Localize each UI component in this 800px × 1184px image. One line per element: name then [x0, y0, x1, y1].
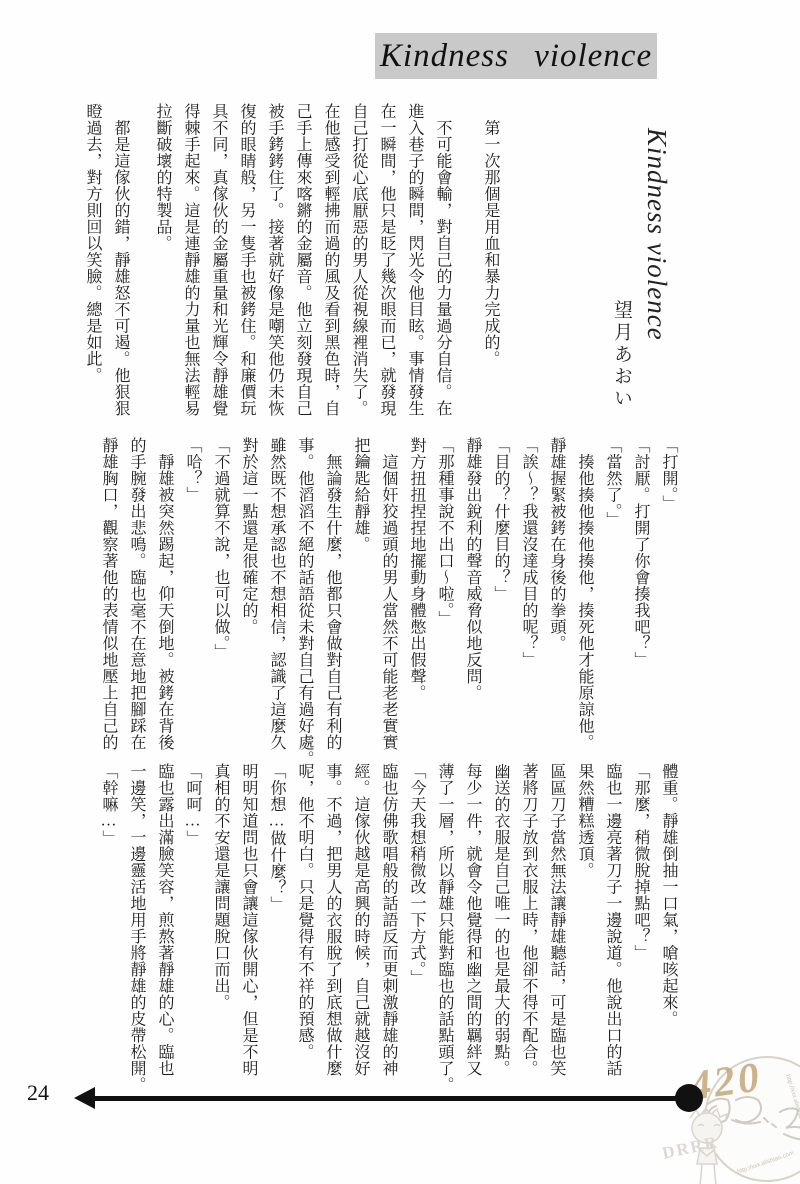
text-column: 「誒～？我還沒達成目的呢？」 — [514, 437, 542, 775]
text-column: 「那麼，稍微脫掉點吧？」 — [626, 763, 654, 1101]
text-column: 把鑰匙給靜雄。 — [346, 437, 374, 775]
text-column: 被手銬銬住了。接著就好像是嘲笑他仍未恢 — [260, 103, 288, 441]
footer-divider-line — [92, 1096, 678, 1101]
text-column: 進入巷子的瞬間，閃光令他目眩。事情發生 — [400, 103, 428, 441]
text-column: 事。他滔滔不絕的話語從未對自己有過好處。 — [290, 437, 318, 775]
text-column: 薄了一層，所以靜雄只能對臨也的話點頭了。 — [430, 763, 458, 1101]
text-column: 幽送的衣服是自己唯一的也是最大的弱點。 — [486, 763, 514, 1101]
text-column: 「目的？什麼目的？」 — [486, 437, 514, 775]
watermark-stamp: 420 DRRR http://xxx.alishtao.com http://… — [704, 1056, 800, 1180]
text-column: 「那種事說不出口～啦。」 — [430, 437, 458, 775]
text-column: 事。不過，把男人的衣服脫了到底想做什麼 — [318, 763, 346, 1101]
text-column: 果然糟糕透頂。 — [570, 763, 598, 1101]
text-column: 明明知道問也只會讓這傢伙開心，但是不明 — [234, 763, 262, 1101]
text-column: 在一瞬間，他只是眨了幾次眼而已，就發現 — [372, 103, 400, 441]
text-column: 在他感受到輕拂而過的風及看到黑色時，自 — [316, 103, 344, 441]
text-column: 拉斷破壞的特製品。 — [148, 103, 176, 441]
text-column: 靜雄發出銳利的聲音威脅似地反問。 — [458, 437, 486, 775]
text-column: 「呵呵…」 — [178, 763, 206, 1101]
text-column: 臨也一邊亮著刀子一邊說道。他說出口的話 — [598, 763, 626, 1101]
story-band-3: 體重。靜雄倒抽一口氣，嗆咳起來。「那麼，稍微脫掉點吧？」臨也一邊亮著刀子一邊說道… — [94, 763, 682, 1101]
text-column: 第一次那個是用血和暴力完成的。 — [476, 103, 504, 441]
text-column: 都是這傢伙的錯，靜雄怒不可遏。他狠狠 — [106, 103, 134, 441]
text-column: 臨也露出滿臉笑容，煎熬著靜雄的心。臨也 — [150, 763, 178, 1101]
text-column: 一邊笑，一邊靈活地用手將靜雄的皮帶松開。 — [122, 763, 150, 1101]
text-column: 不可能會輸，對自己的力量過分自信。在 — [428, 103, 456, 441]
text-column: 具不同，真傢伙的金屬重量和光輝令靜雄覺 — [204, 103, 232, 441]
text-column: 「幹嘛…」 — [94, 763, 122, 1101]
title-banner-text: Kindness violence — [380, 38, 652, 75]
text-column: 得棘手起來。這是連靜雄的力量也無法輕易 — [176, 103, 204, 441]
story-band-2: 「打開。」「討厭。打開了你會揍我吧？」「當然了。」 揍他揍他揍他揍他，揍死他才能… — [94, 437, 682, 775]
text-column: 無論發生什麼，他都只會做對自己有利的 — [318, 437, 346, 775]
text-column: 復的眼睛般，另一隻手也被銬住。和廉價玩 — [232, 103, 260, 441]
text-column: 呢，他不明白。只是覺得有不祥的預感。 — [290, 763, 318, 1101]
text-column: 著將刀子放到衣服上時，他卻不得不配合。 — [514, 763, 542, 1101]
text-column: 「今天我想稍微改一下方式。」 — [402, 763, 430, 1101]
text-column: 「打開。」 — [654, 437, 682, 775]
page-number: 24 — [27, 1080, 49, 1106]
text-column: 每少一件，就會令他覺得和幽之間的羈絆又 — [458, 763, 486, 1101]
text-column: 「哈？」 — [178, 437, 206, 775]
text-column: 臨也仿佛歌唱般的話語反而更刺激靜雄的神 — [374, 763, 402, 1101]
text-column: 經。這傢伙越是高興的時候，自己就越沒好 — [346, 763, 374, 1101]
text-column: 瞪過去，對方則回以笑臉。總是如此。 — [78, 103, 106, 441]
text-column: 揍他揍他揍他揍他，揍死他才能原諒他。 — [570, 437, 598, 775]
footer-line-end-dot — [675, 1084, 703, 1112]
text-column: 雖然既不想承認也不想相信，認識了這麼久 — [262, 437, 290, 775]
text-column: 「當然了。」 — [598, 437, 626, 775]
text-column: 體重。靜雄倒抽一口氣，嗆咳起來。 — [654, 763, 682, 1101]
text-column: 「你想…做什麼？」 — [262, 763, 290, 1101]
text-column: 的手腕發出悲鳴。臨也毫不在意地把腳踩在 — [122, 437, 150, 775]
text-column: 對方扭扭捏捏地擺動身體憋出假聲。 — [402, 437, 430, 775]
text-column: 靜雄被突然踢起，仰天倒地。被銬在背後 — [150, 437, 178, 775]
text-column: 區區刀子當然無法讓靜雄聽話，可是臨也笑 — [542, 763, 570, 1101]
text-column: 靜雄握緊被銬在身後的拳頭。 — [542, 437, 570, 775]
text-column: 自己打從心底厭惡的男人從視線裡消失了。 — [344, 103, 372, 441]
story-band-1: 第一次那個是用血和暴力完成的。 不可能會輸，對自己的力量過分自信。在進入巷子的瞬… — [78, 103, 504, 441]
text-column: 這個奸狡過頭的男人當然不可能老老實實 — [374, 437, 402, 775]
text-column: 真相的不安還是讓問題脫口而出。 — [206, 763, 234, 1101]
scanned-novel-page: { "header": { "banner_title": "Kindness … — [0, 0, 800, 1184]
text-column: 「不過就算不說，也可以做。」 — [206, 437, 234, 775]
text-column: 靜雄胸口，觀察著他的表情似地壓上自己的 — [94, 437, 122, 775]
text-column: 「討厭。打開了你會揍我吧？」 — [626, 437, 654, 775]
author-name: 望月あおい — [608, 300, 635, 410]
text-column: 己手上傳來喀鏘的金屬音。他立刻發現自己 — [288, 103, 316, 441]
text-column: 對於這一點還是很確定的。 — [234, 437, 262, 775]
title-banner: Kindness violence — [375, 33, 657, 79]
side-title: Kindness violence — [641, 128, 672, 388]
